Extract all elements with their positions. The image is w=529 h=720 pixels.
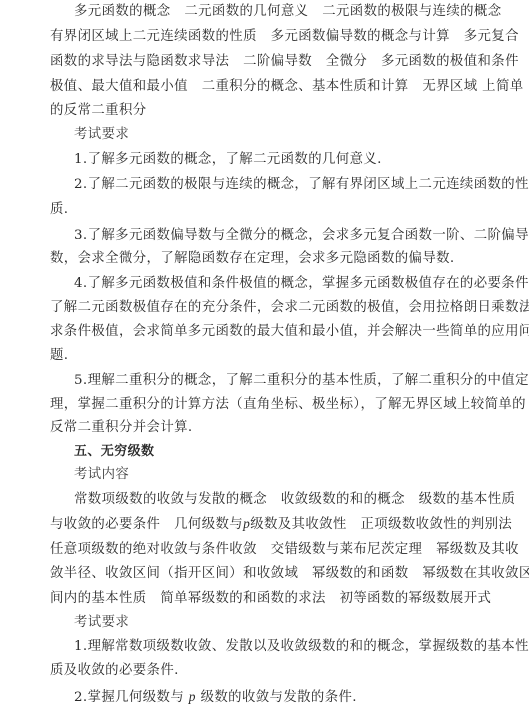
requirement-item: 1.理解常数项级数收敛、发散以及收敛级数的和的概念，掌握级数的基本性 xyxy=(74,636,482,658)
section-title: 五、无穷级数 xyxy=(74,441,482,463)
requirement-item: 1.了解多元函数的概念，了解二元函数的几何意义. xyxy=(74,149,482,171)
content-line: 与收敛的必要条件 几何级数与p级数及其收敛性 正项级数收敛性的判别法 xyxy=(50,513,482,535)
content-line: 常数项级数的收敛与发散的概念 收敛级数的和的概念 级数的基本性质 xyxy=(74,489,482,511)
content-line: 极值、最大值和最小值 二重积分的概念、基本性质和计算 无界区域 上简单 xyxy=(50,76,482,98)
content-line-part: 与收敛的必要条件 几何级数与 xyxy=(50,517,243,532)
requirement-part: 2.掌握几何级数与 xyxy=(74,690,184,705)
document-page: 多元函数的概念 二元函数的几何意义 二元函数的极限与连续的概念 有界闭区域上二元… xyxy=(0,0,529,720)
requirement-item: 2.掌握几何级数与 p 级数的收敛与发散的条件. xyxy=(74,686,482,708)
math-variable-p: p xyxy=(189,689,196,704)
content-line: 多元函数的概念 二元函数的几何意义 二元函数的极限与连续的概念 xyxy=(74,1,482,23)
requirement-item: 理，掌握二重积分的计算方法（直角坐标、极坐标），了解无界区域上较简单的 xyxy=(50,394,482,416)
content-line: 敛半径、收敛区间（指开区间）和收敛域 幂级数的和函数 幂级数在其收敛区 xyxy=(50,563,482,585)
requirement-item: 质. xyxy=(50,199,482,221)
requirement-item: 3.了解多元函数偏导数与全微分的概念，会求多元复合函数一阶、二阶偏导 xyxy=(74,225,482,247)
requirement-item: 题. xyxy=(50,345,482,367)
requirement-item: 求条件极值，会求简单多元函数的最大值和最小值，并会解决一些简单的应用问 xyxy=(50,321,482,343)
content-line: 的反常二重积分 xyxy=(50,100,482,122)
requirement-item: 质及收敛的必要条件. xyxy=(50,660,482,682)
content-line: 任意项级数的绝对收敛与条件收敛 交错级数与莱布尼茨定理 幂级数及其收 xyxy=(50,539,482,561)
content-heading: 考试内容 xyxy=(74,464,482,486)
content-line: 间内的基本性质 简单幂级数的和函数的求法 初等函数的幂级数展开式 xyxy=(50,588,482,610)
requirements-heading: 考试要求 xyxy=(74,124,482,146)
content-line: 函数的求导法与隐函数求导法 二阶偏导数 全微分 多元函数的极值和条件 xyxy=(50,51,482,73)
content-line-part: 级数及其收敛性 正项级数收敛性的判别法 xyxy=(250,517,512,532)
requirement-item: 5.理解二重积分的概念，了解二重积分的基本性质，了解二重积分的中值定 xyxy=(74,370,482,392)
requirement-item: 4.了解多元函数极值和条件极值的概念，掌握多元函数极值存在的必要条件， xyxy=(74,273,482,295)
content-line: 有界闭区域上二元连续函数的性质 多元函数偏导数的概念与计算 多元复合 xyxy=(50,26,482,48)
requirement-item: 2.了解二元函数的极限与连续的概念，了解有界闭区域上二元连续函数的性 xyxy=(74,174,482,196)
requirement-part: 级数的收敛与发散的条件. xyxy=(201,690,357,705)
requirement-item: 数，会求全微分，了解隐函数存在定理，会求多元隐函数的偏导数. xyxy=(50,248,482,270)
requirements-heading: 考试要求 xyxy=(74,612,482,634)
requirement-item: 了解二元函数极值存在的充分条件，会求二元函数的极值，会用拉格朗日乘数法 xyxy=(50,297,482,319)
requirement-item: 反常二重积分并会计算. xyxy=(50,417,482,439)
